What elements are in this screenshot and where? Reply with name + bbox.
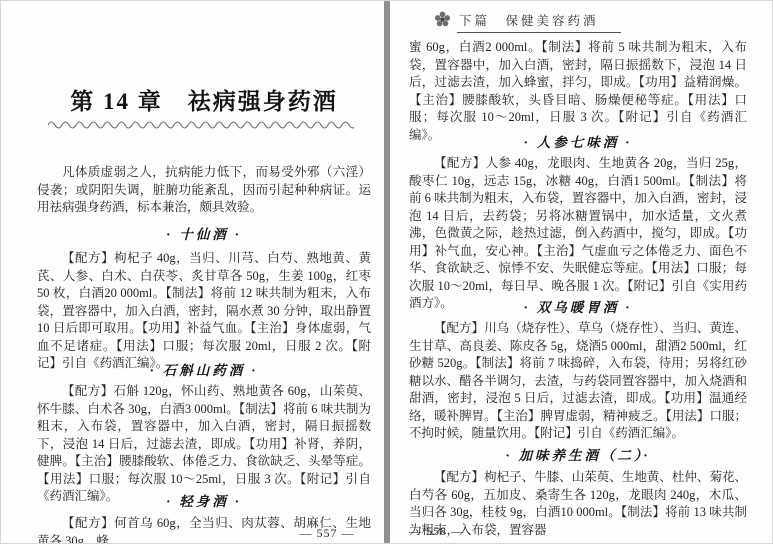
page-number: — 557 — [277, 526, 377, 541]
continuation-paragraph: 蜜 60g，白酒2 000ml。【制法】将前 5 味共制为粗末，入布袋，置容器中… [409, 39, 747, 144]
recipe-heading: · 十仙酒 · [37, 223, 371, 243]
page-number: — 558 — [409, 524, 529, 539]
running-header-title: 下篇 保健美容药酒 [457, 11, 621, 33]
recipe-body: 【配方】人参 40g，龙眼肉、生地黄各 20g，当归 25g，酸枣仁 10g，远… [409, 155, 747, 313]
recipe-heading: · 双乌暖胃酒 · [409, 296, 747, 316]
recipe-heading: · 人参七味酒 · [409, 131, 747, 151]
recipe-body: 【配方】石斛 120g，怀山药、熟地黄各 60g，山茱萸、怀牛膝、白术各 30g… [37, 383, 371, 506]
intro-paragraph: 凡体质虚弱之人，抗病能力低下，而易受外邪（六淫）侵袭；或阴阳失调，脏腑功能紊乱，… [37, 164, 371, 217]
right-page: 下篇 保健美容药酒 蜜 60g，白酒2 000ml。【制法】将前 5 味共制为粗… [390, 1, 773, 544]
book-spread: 第 14 章 祛病强身药酒 凡体质虚弱之人，抗病能力低下，而易受外邪（六淫）侵袭… [0, 0, 773, 544]
recipe-heading: · 加味养生酒（二）· [409, 444, 747, 464]
recipe-body: 【配方】枸杞子 40g，当归、川芎、白芍、熟地黄、黄芪、人参、白术、白茯苓、炙甘… [37, 250, 371, 373]
chapter-title: 第 14 章 祛病强身药酒 [37, 83, 371, 116]
running-header: 下篇 保健美容药酒 [434, 11, 621, 33]
recipe-heading: · 轻身酒 · [37, 490, 371, 510]
left-page: 第 14 章 祛病强身药酒 凡体质虚弱之人，抗病能力低下，而易受外邪（六淫）侵袭… [1, 1, 384, 544]
chapter-title-wave-underline [48, 118, 354, 130]
recipe-heading: · 石斛山药酒 · [37, 359, 371, 379]
flower-ornament-icon [434, 11, 451, 28]
recipe-body: 【配方】川乌（烧存性）、草乌（烧存性）、当归、黄连、生甘草、高良姜、陈皮各 5g… [409, 320, 747, 443]
